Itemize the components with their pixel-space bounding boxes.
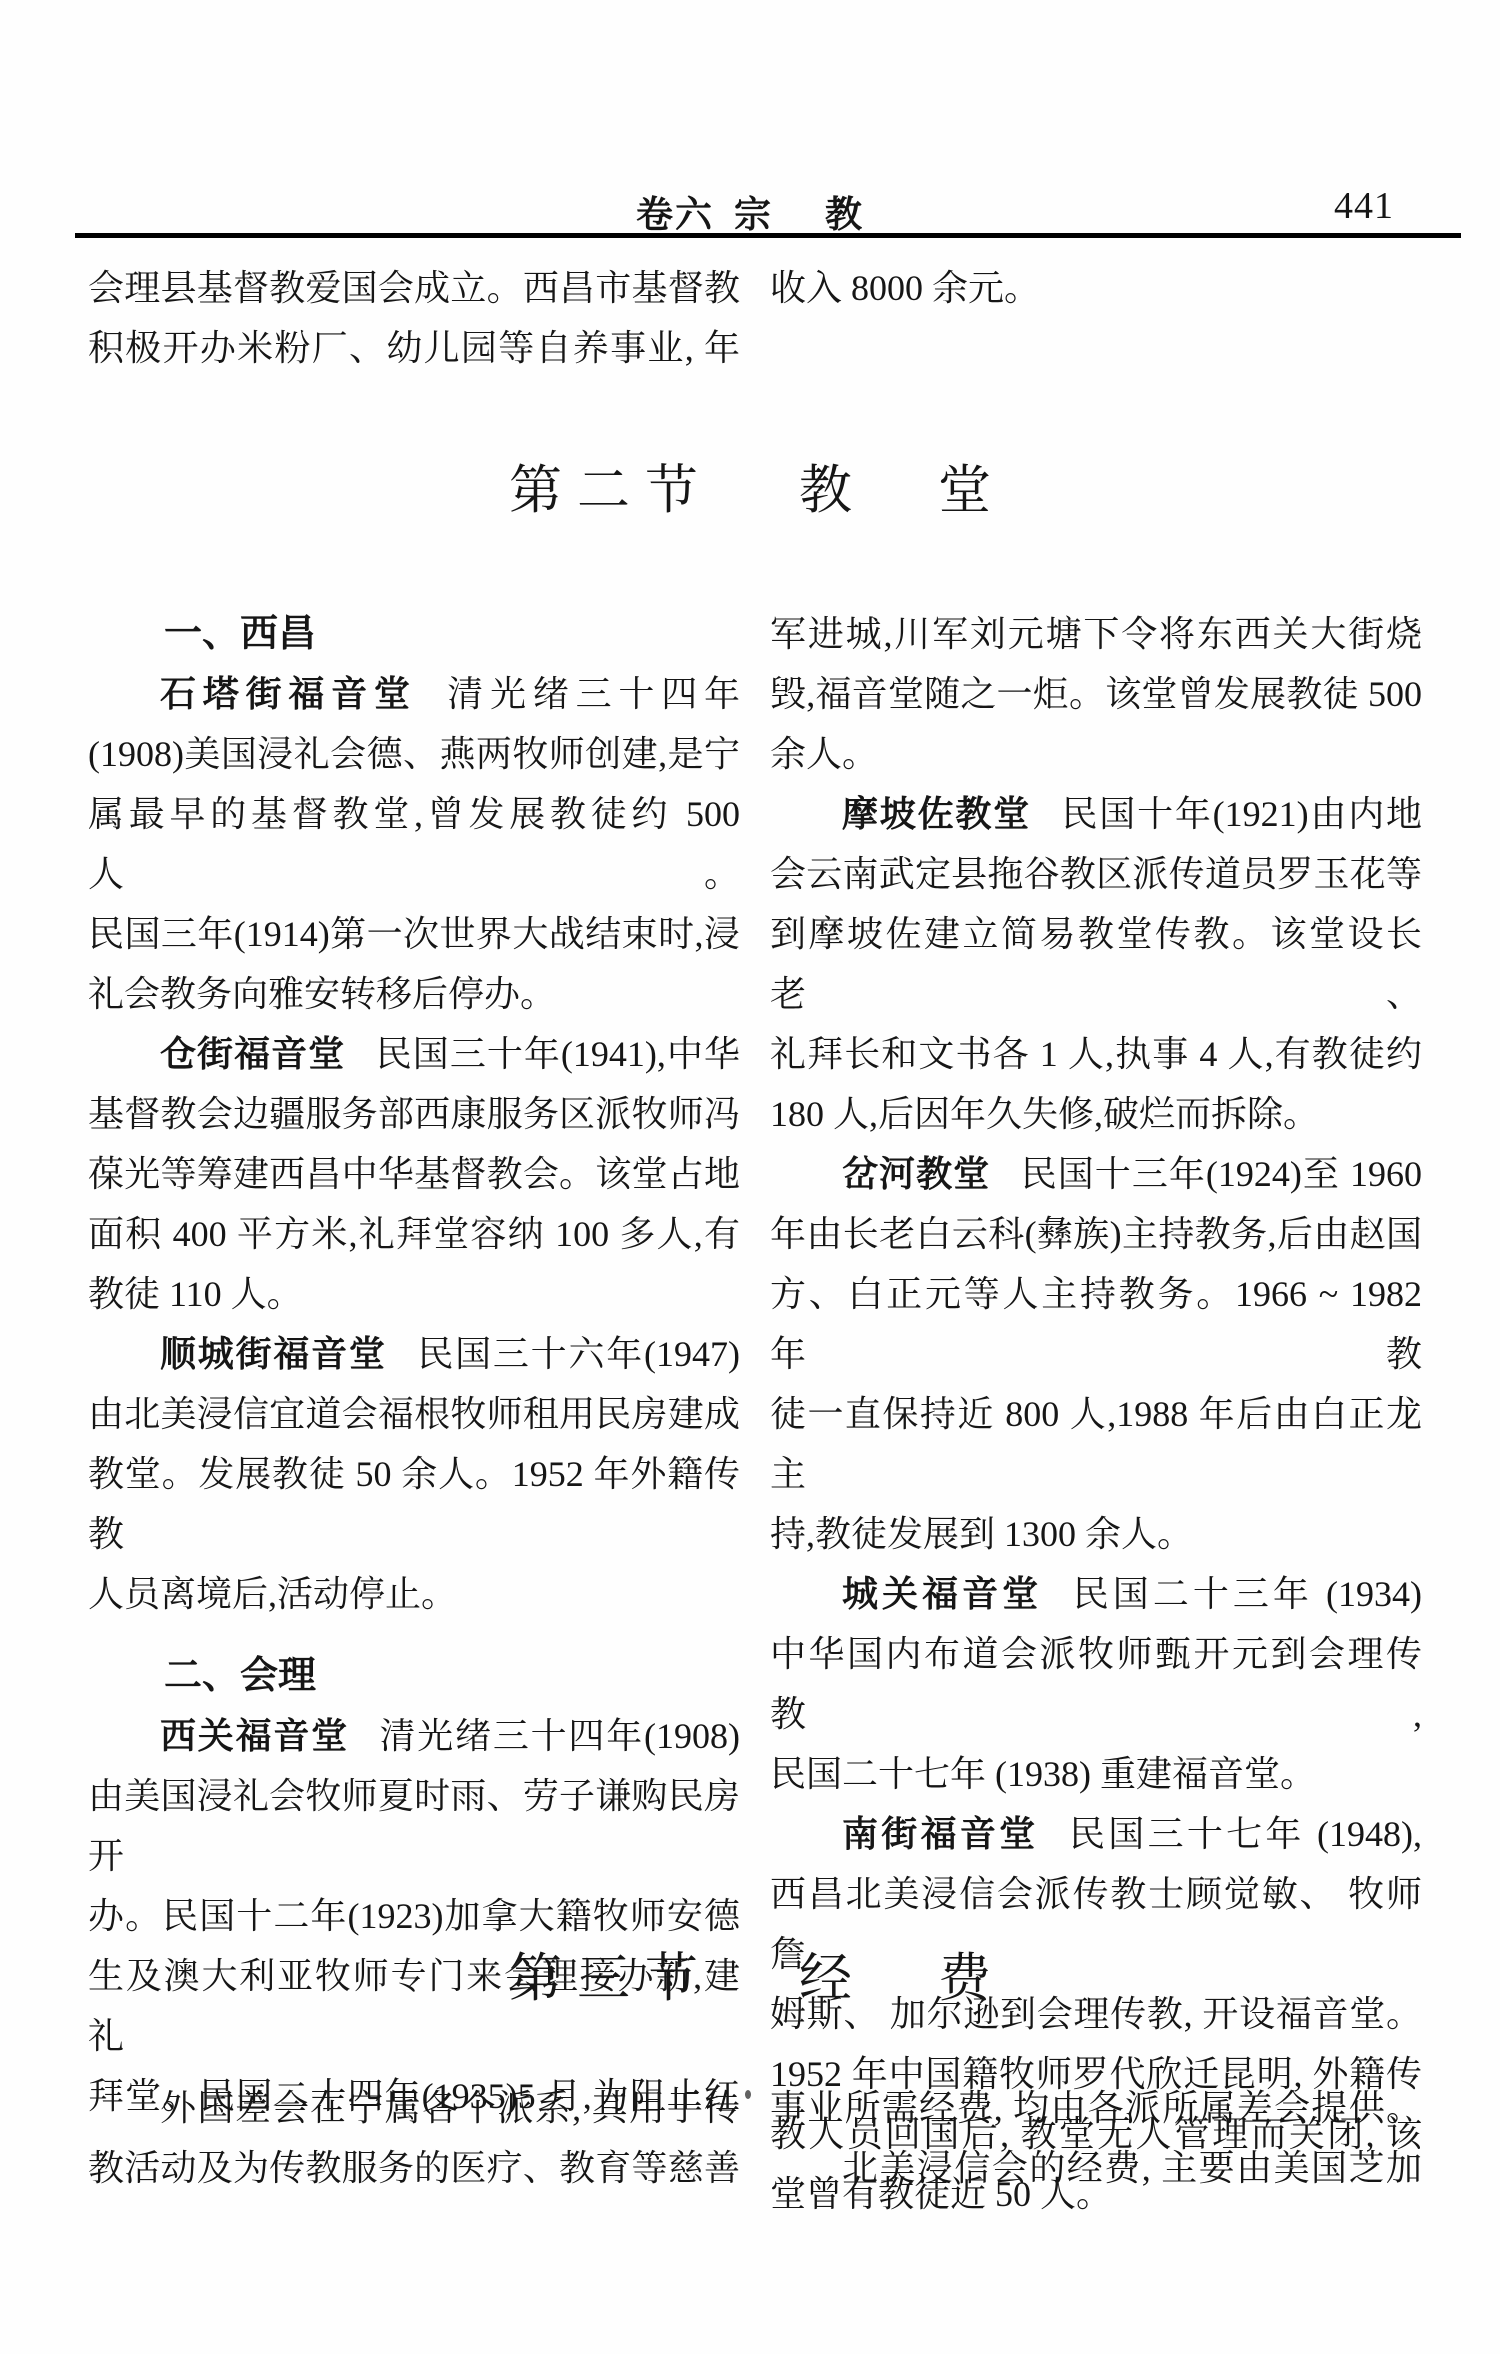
running-header: 卷六宗教 (0, 184, 1500, 238)
text-line: 属最早的基督教堂,曾发展教徒约 500 人。 (88, 784, 740, 904)
line-text: 余人。 (770, 734, 878, 774)
section2-heading-number: 第二节 (509, 448, 713, 524)
entry-name: 南街福音堂 (842, 1814, 1038, 1854)
line-text: 礼会教务向雅安转移后停办。 (88, 974, 556, 1014)
scan-artifact-dot (745, 2090, 751, 2099)
line-text: 持,教徒发展到 1300 余人。 (770, 1514, 1193, 1554)
line-text: 民国三十年(1941),中华 (376, 1034, 740, 1074)
line-text: 会理县基督教爱国会成立。西昌市基督教 (88, 268, 740, 308)
section2-left-column: 一、西昌石塔街福音堂清光绪三十四年(1908)美国浸礼会德、燕两牧师创建,是宁属… (88, 604, 740, 2126)
text-line: 会云南武定县拖谷教区派传道员罗玉花等 (770, 844, 1422, 904)
entry-name: 摩坡佐教堂 (842, 794, 1031, 834)
text-line: 到摩坡佐建立简易教堂传教。该堂设长老、 (770, 904, 1422, 1024)
text-line: 方、白正元等人主持教务。1966 ~ 1982 年教 (770, 1264, 1422, 1384)
line-text: 外国差会在宁属各个派系, 其用于传 (160, 2088, 740, 2128)
entry-line: 仓街福音堂民国三十年(1941),中华 (88, 1024, 740, 1084)
line-text: 由美国浸礼会牧师夏时雨、劳子谦购民房开 (88, 1776, 740, 1876)
line-text: 中华国内布道会派牧师甄开元到会理传教, (770, 1634, 1422, 1734)
line-text: 民国三年(1914)第一次世界大战结束时,浸 (88, 914, 740, 954)
line-text: 北美浸信会的经费, 主要由美国芝加 (842, 2148, 1422, 2188)
line-text: 教徒 110 人。 (88, 1274, 303, 1314)
text-line: 持,教徒发展到 1300 余人。 (770, 1504, 1422, 1564)
text-line: 基督教会边疆服务部西康服务区派牧师冯 (88, 1084, 740, 1144)
entry-line: 顺城街福音堂民国三十六年(1947) (88, 1324, 740, 1384)
line-text: 年由长老白云科(彝族)主持教务,后由赵国 (770, 1214, 1422, 1254)
line-text: 人员离境后,活动停止。 (88, 1574, 457, 1614)
text-line: 面积 400 平方米,礼拜堂容纳 100 多人,有 (88, 1204, 740, 1264)
text-line: 徒一直保持近 800 人,1988 年后由白正龙主 (770, 1384, 1422, 1504)
page-number: 441 (1334, 184, 1394, 228)
line-text: 积极开办米粉厂、幼儿园等自养事业, 年 (88, 328, 740, 368)
text-line: 余人。 (770, 724, 1422, 784)
entry-name: 顺城街福音堂 (160, 1334, 387, 1374)
scanned-book-page: 卷六宗教 441 会理县基督教爱国会成立。西昌市基督教积极开办米粉厂、幼儿园等自… (0, 0, 1500, 2354)
subsection-heading: 二、会理 (88, 1646, 740, 1706)
intro-right-column: 收入 8000 余元。 (770, 258, 1422, 318)
text-line: 民国二十七年 (1938) 重建福音堂。 (770, 1744, 1422, 1804)
line-text: 葆光等筹建西昌中华基督教会。该堂占地 (88, 1154, 740, 1194)
running-header-volume: 卷六 (636, 195, 714, 236)
text-line: 礼拜长和文书各 1 人,执事 4 人,有教徒约 (770, 1024, 1422, 1084)
section3-heading-number: 第三节 (509, 1936, 713, 2012)
line-text: 方、白正元等人主持教务。1966 ~ 1982 年教 (770, 1274, 1422, 1374)
text-line: 积极开办米粉厂、幼儿园等自养事业, 年 (88, 318, 740, 378)
line-text: 收入 8000 余元。 (770, 268, 1040, 308)
line-text: 毁,福音堂随之一炬。该堂曾发展教徒 500 (770, 674, 1422, 714)
line-text: 教堂。发展教徒 50 余人。1952 年外籍传教 (88, 1454, 740, 1554)
line-text: 礼拜长和文书各 1 人,执事 4 人,有教徒约 (770, 1034, 1422, 1074)
line-text: 面积 400 平方米,礼拜堂容纳 100 多人,有 (88, 1214, 740, 1254)
text-line: 教活动及为传教服务的医疗、教育等慈善 (88, 2138, 740, 2198)
text-line: 葆光等筹建西昌中华基督教会。该堂占地 (88, 1144, 740, 1204)
line-text: 事业所需经费, 均由各派所属差会提供。 (770, 2088, 1422, 2128)
entry-line: 西关福音堂清光绪三十四年(1908) (88, 1706, 740, 1766)
section3-heading-char-1: 经 (799, 1936, 852, 2012)
line-text: 民国十三年(1924)至 1960 (1021, 1154, 1422, 1194)
section2-heading-char-1: 教 (799, 448, 852, 524)
text-line: 180 人,后因年久失修,破烂而拆除。 (770, 1084, 1422, 1144)
text-line: 民国三年(1914)第一次世界大战结束时,浸 (88, 904, 740, 964)
entry-line: 城关福音堂民国二十三年 (1934) (770, 1564, 1422, 1624)
line-text: 清光绪三十四年(1908) (380, 1716, 740, 1756)
text-line: 事业所需经费, 均由各派所属差会提供。 (770, 2078, 1422, 2138)
line-text: 180 人,后因年久失修,破烂而拆除。 (770, 1094, 1319, 1134)
line-text: 到摩坡佐建立简易教堂传教。该堂设长老、 (770, 914, 1422, 1014)
text-line: 中华国内布道会派牧师甄开元到会理传教, (770, 1624, 1422, 1744)
text-line: 人员离境后,活动停止。 (88, 1564, 740, 1624)
entry-line: 石塔街福音堂清光绪三十四年 (88, 664, 740, 724)
subsection-heading: 一、西昌 (88, 604, 740, 664)
text-line: 收入 8000 余元。 (770, 258, 1422, 318)
running-header-word-1: 宗 (734, 195, 773, 236)
running-header-word-2: 教 (825, 195, 864, 236)
line-text: 民国三十六年(1947) (417, 1334, 740, 1374)
line-text: 教活动及为传教服务的医疗、教育等慈善 (88, 2148, 740, 2188)
section2-heading-char-2: 堂 (938, 448, 991, 524)
text-line: 会理县基督教爱国会成立。西昌市基督教 (88, 258, 740, 318)
line-text: 清光绪三十四年 (447, 674, 740, 714)
section2-heading: 第二节 教 堂 (0, 448, 1500, 524)
section3-heading: 第三节 经 费 (0, 1936, 1500, 2012)
intro-left-column: 会理县基督教爱国会成立。西昌市基督教积极开办米粉厂、幼儿园等自养事业, 年 (88, 258, 740, 378)
line-text: 属最早的基督教堂,曾发展教徒约 500 人。 (88, 794, 740, 894)
text-line: 教徒 110 人。 (88, 1264, 740, 1324)
line-text: 会云南武定县拖谷教区派传道员罗玉花等 (770, 854, 1422, 894)
line-text: 民国十年(1921)由内地 (1062, 794, 1422, 834)
text-line: 军进城,川军刘元塘下令将东西关大街烧 (770, 604, 1422, 664)
text-line: 外国差会在宁属各个派系, 其用于传 (88, 2078, 740, 2138)
line-text: 由北美浸信宜道会福根牧师租用民房建成 (88, 1394, 740, 1434)
entry-line: 岔河教堂民国十三年(1924)至 1960 (770, 1144, 1422, 1204)
text-line: 北美浸信会的经费, 主要由美国芝加 (770, 2138, 1422, 2198)
text-line: (1908)美国浸礼会德、燕两牧师创建,是宁 (88, 724, 740, 784)
entry-name: 城关福音堂 (842, 1574, 1042, 1614)
text-line: 毁,福音堂随之一炬。该堂曾发展教徒 500 (770, 664, 1422, 724)
text-line: 礼会教务向雅安转移后停办。 (88, 964, 740, 1024)
line-text: 办。民国十二年(1923)加拿大籍牧师安德 (88, 1896, 740, 1936)
section3-right-column: 事业所需经费, 均由各派所属差会提供。北美浸信会的经费, 主要由美国芝加 (770, 2078, 1422, 2198)
entry-name: 西关福音堂 (160, 1716, 349, 1756)
text-line: 由美国浸礼会牧师夏时雨、劳子谦购民房开 (88, 1766, 740, 1886)
section3-heading-char-2: 费 (938, 1936, 991, 2012)
line-text: 民国二十三年 (1934) (1073, 1574, 1422, 1614)
line-text: 民国三十七年 (1948), (1069, 1814, 1422, 1854)
text-line: 由北美浸信宜道会福根牧师租用民房建成 (88, 1384, 740, 1444)
text-line: 教堂。发展教徒 50 余人。1952 年外籍传教 (88, 1444, 740, 1564)
line-text: 军进城,川军刘元塘下令将东西关大街烧 (770, 614, 1422, 654)
entry-name: 岔河教堂 (842, 1154, 990, 1194)
line-text: (1908)美国浸礼会德、燕两牧师创建,是宁 (88, 734, 740, 774)
line-text: 民国二十七年 (1938) 重建福音堂。 (770, 1754, 1316, 1794)
line-text: 徒一直保持近 800 人,1988 年后由白正龙主 (770, 1394, 1422, 1494)
text-line: 年由长老白云科(彝族)主持教务,后由赵国 (770, 1204, 1422, 1264)
header-rule (75, 233, 1461, 238)
line-text: 基督教会边疆服务部西康服务区派牧师冯 (88, 1094, 740, 1134)
entry-name: 仓街福音堂 (160, 1034, 345, 1074)
entry-line: 摩坡佐教堂民国十年(1921)由内地 (770, 784, 1422, 844)
entry-name: 石塔街福音堂 (160, 674, 417, 714)
entry-line: 南街福音堂民国三十七年 (1948), (770, 1804, 1422, 1864)
section3-left-column: 外国差会在宁属各个派系, 其用于传教活动及为传教服务的医疗、教育等慈善 (88, 2078, 740, 2198)
